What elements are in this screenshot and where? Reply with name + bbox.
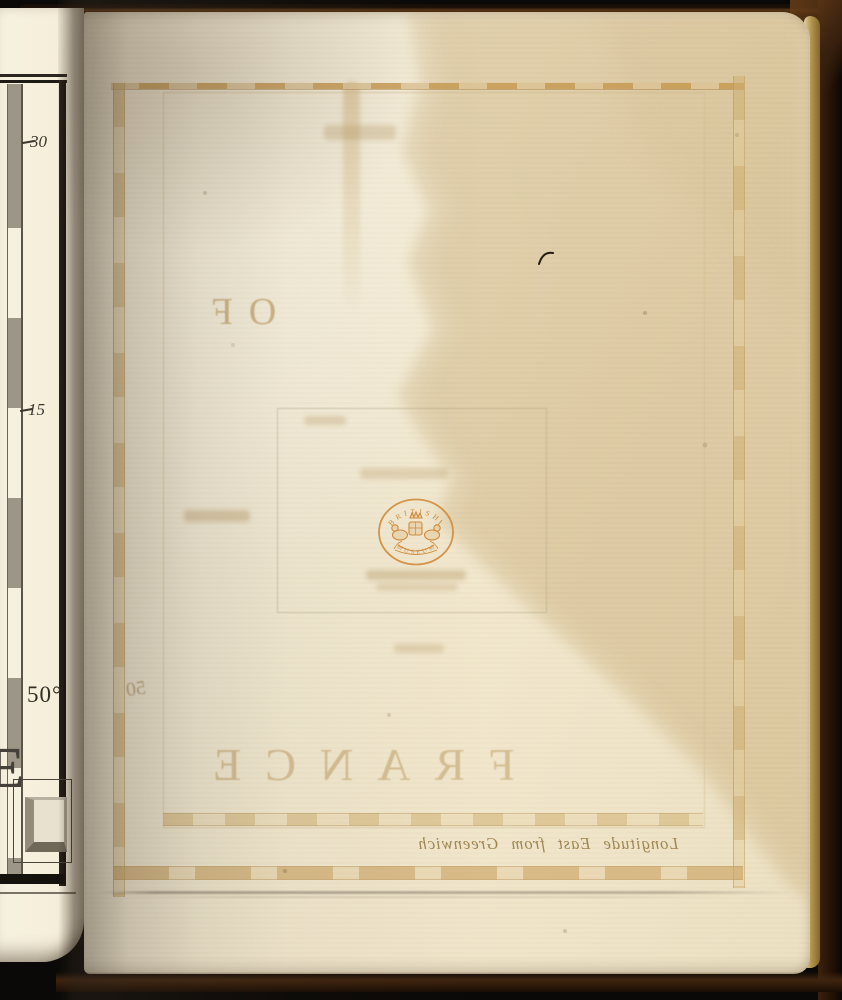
ghost-text-smudge bbox=[376, 583, 458, 591]
ghost-longitude-caption: Longitude East from Greenwich bbox=[400, 834, 696, 854]
ghost-frame-top-band bbox=[111, 83, 744, 89]
ghost-frame-right-band bbox=[733, 76, 745, 888]
map-neatline-bottom bbox=[0, 874, 66, 884]
ghost-text-smudge bbox=[324, 125, 396, 140]
ghost-frame-outer-bottom-band bbox=[113, 866, 743, 880]
ghost-text-smudge bbox=[304, 416, 346, 425]
ink-fleck bbox=[536, 248, 556, 268]
map-neatline-vertical bbox=[59, 80, 66, 886]
book-cover-bottom-edge bbox=[56, 972, 842, 992]
graticule-label-30: 30 bbox=[30, 132, 47, 152]
ghost-text-smudge bbox=[360, 468, 448, 479]
ghost-frame-inner-bottom-band bbox=[163, 813, 703, 826]
graticule-label-50deg: 50° bbox=[27, 682, 62, 708]
map-corner-panel-bevel bbox=[25, 797, 67, 852]
graticule-label-15: 15 bbox=[28, 400, 45, 420]
book-scan-stage: 30 15 50° E OF FRANCE Longitude East fro… bbox=[0, 0, 842, 1000]
map-outer-bottom-rule bbox=[0, 892, 76, 894]
ghost-title-word-of: OF bbox=[188, 290, 284, 334]
ghost-title-word-france: FRANCE bbox=[182, 738, 522, 791]
foxing-specks bbox=[84, 12, 86, 14]
ghost-bottom-rule bbox=[100, 891, 790, 894]
partial-map-title-letter: E bbox=[0, 734, 27, 801]
book-cover-right bbox=[818, 0, 842, 1000]
map-border-top-rule bbox=[0, 74, 67, 77]
ghost-text-smudge bbox=[394, 644, 444, 653]
british-museum-stamp: BRITISH MUSEUM bbox=[372, 492, 460, 572]
ghost-frame-left-band bbox=[113, 83, 125, 897]
ghost-bottom-rule-2 bbox=[124, 896, 724, 898]
ghost-text-smudge bbox=[184, 510, 250, 522]
map-border-top-rule-inner bbox=[0, 80, 67, 83]
facing-page: 30 15 50° E bbox=[0, 8, 84, 962]
verso-page: OF FRANCE Longitude East from Greenwich … bbox=[84, 12, 810, 974]
